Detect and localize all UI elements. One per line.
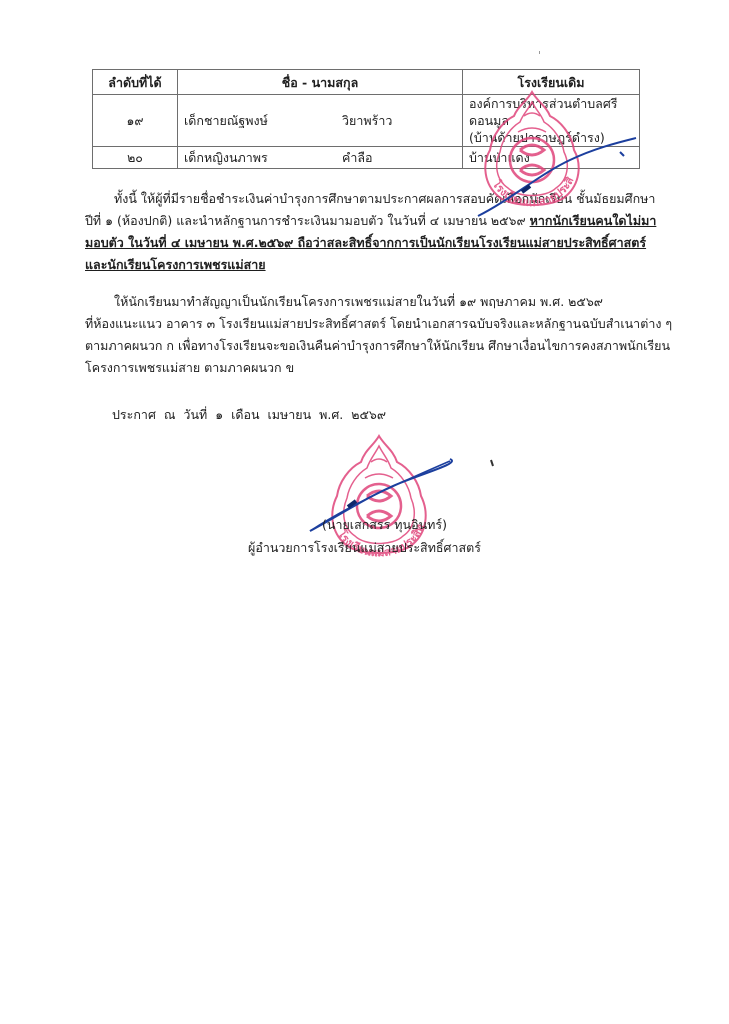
- contract-paragraph: ให้นักเรียนมาทำสัญญาเป็นนักเรียนโครงการเ…: [85, 291, 651, 379]
- emphasis-line: และนักเรียนโครงการเพชรแม่สาย: [85, 257, 266, 272]
- signer-title: ผู้อำนวยการโรงเรียนแม่สายประสิทธิ์ศาสตร์: [0, 538, 729, 558]
- school-line: บ้านป่าแดง: [469, 149, 633, 166]
- school-line: องค์การบริหารส่วนตำบลศรีดอนมูล: [469, 95, 633, 129]
- header-name: ชื่อ - นามสกุล: [178, 70, 463, 95]
- paragraph-line: ปีที่ ๑ (ห้องปกติ) และนำหลักฐานการชำระเง…: [85, 210, 651, 232]
- paragraph-line: ทั้งนี้ ให้ผู้ที่มีรายชื่อชำระเงินค่าบำร…: [85, 188, 651, 210]
- rank-cell: ๒๐: [93, 147, 178, 169]
- first-name: เด็กชายณัฐพงษ์: [184, 112, 342, 129]
- name-cell: เด็กหญิงนภาพรคำลือ: [178, 147, 463, 169]
- last-name: วิยาพร้าว: [342, 112, 392, 129]
- first-name: เด็กหญิงนภาพร: [184, 149, 342, 166]
- signer-name: (นายเสกสรร ทุนอินทร์): [0, 515, 729, 535]
- table-row: ๑๙ เด็กชายณัฐพงษ์วิยาพร้าว องค์การบริหาร…: [93, 95, 640, 147]
- announcement-date: ประกาศ ณ วันที่ ๑ เดือน เมษายน พ.ศ. ๒๕๖๙: [112, 405, 386, 425]
- rank-cell: ๑๙: [93, 95, 178, 147]
- student-table: ลำดับที่ได้ ชื่อ - นามสกุล โรงเรียนเดิม …: [92, 69, 640, 169]
- emphasis-line: มอบตัว ในวันที่ ๔ เมษายน พ.ศ.๒๕๖๙ ถือว่า…: [85, 232, 651, 254]
- emphasis-text: หากนักเรียนคนใดไม่มา: [530, 213, 657, 228]
- table-row: ๒๐ เด็กหญิงนภาพรคำลือ บ้านป่าแดง: [93, 147, 640, 169]
- table-header-row: ลำดับที่ได้ ชื่อ - นามสกุล โรงเรียนเดิม: [93, 70, 640, 95]
- paragraph-line: ให้นักเรียนมาทำสัญญาเป็นนักเรียนโครงการเ…: [85, 291, 651, 313]
- school-cell: บ้านป่าแดง: [463, 147, 640, 169]
- scan-speck: [539, 51, 540, 54]
- paragraph-line: โครงการเพชรแม่สาย ตามภาคผนวก ข: [85, 357, 651, 379]
- header-school: โรงเรียนเดิม: [463, 70, 640, 95]
- name-cell: เด็กชายณัฐพงษ์วิยาพร้าว: [178, 95, 463, 147]
- paragraph-line: ตามภาคผนวก ก เพื่อทางโรงเรียนจะขอเงินคืน…: [85, 335, 651, 357]
- payment-paragraph: ทั้งนี้ ให้ผู้ที่มีรายชื่อชำระเงินค่าบำร…: [85, 188, 651, 276]
- paragraph-line: ที่ห้องแนะแนว อาคาร ๓ โรงเรียนแม่สายประส…: [85, 313, 651, 335]
- header-rank: ลำดับที่ได้: [93, 70, 178, 95]
- school-cell: องค์การบริหารส่วนตำบลศรีดอนมูล (บ้านด้าย…: [463, 95, 640, 147]
- school-line: (บ้านด้ายปาราษฎร์ดำรง): [469, 129, 633, 146]
- paragraph-text: ปีที่ ๑ (ห้องปกติ) และนำหลักฐานการชำระเง…: [85, 213, 530, 228]
- document-page: ลำดับที่ได้ ชื่อ - นามสกุล โรงเรียนเดิม …: [0, 0, 729, 1024]
- last-name: คำลือ: [342, 149, 373, 166]
